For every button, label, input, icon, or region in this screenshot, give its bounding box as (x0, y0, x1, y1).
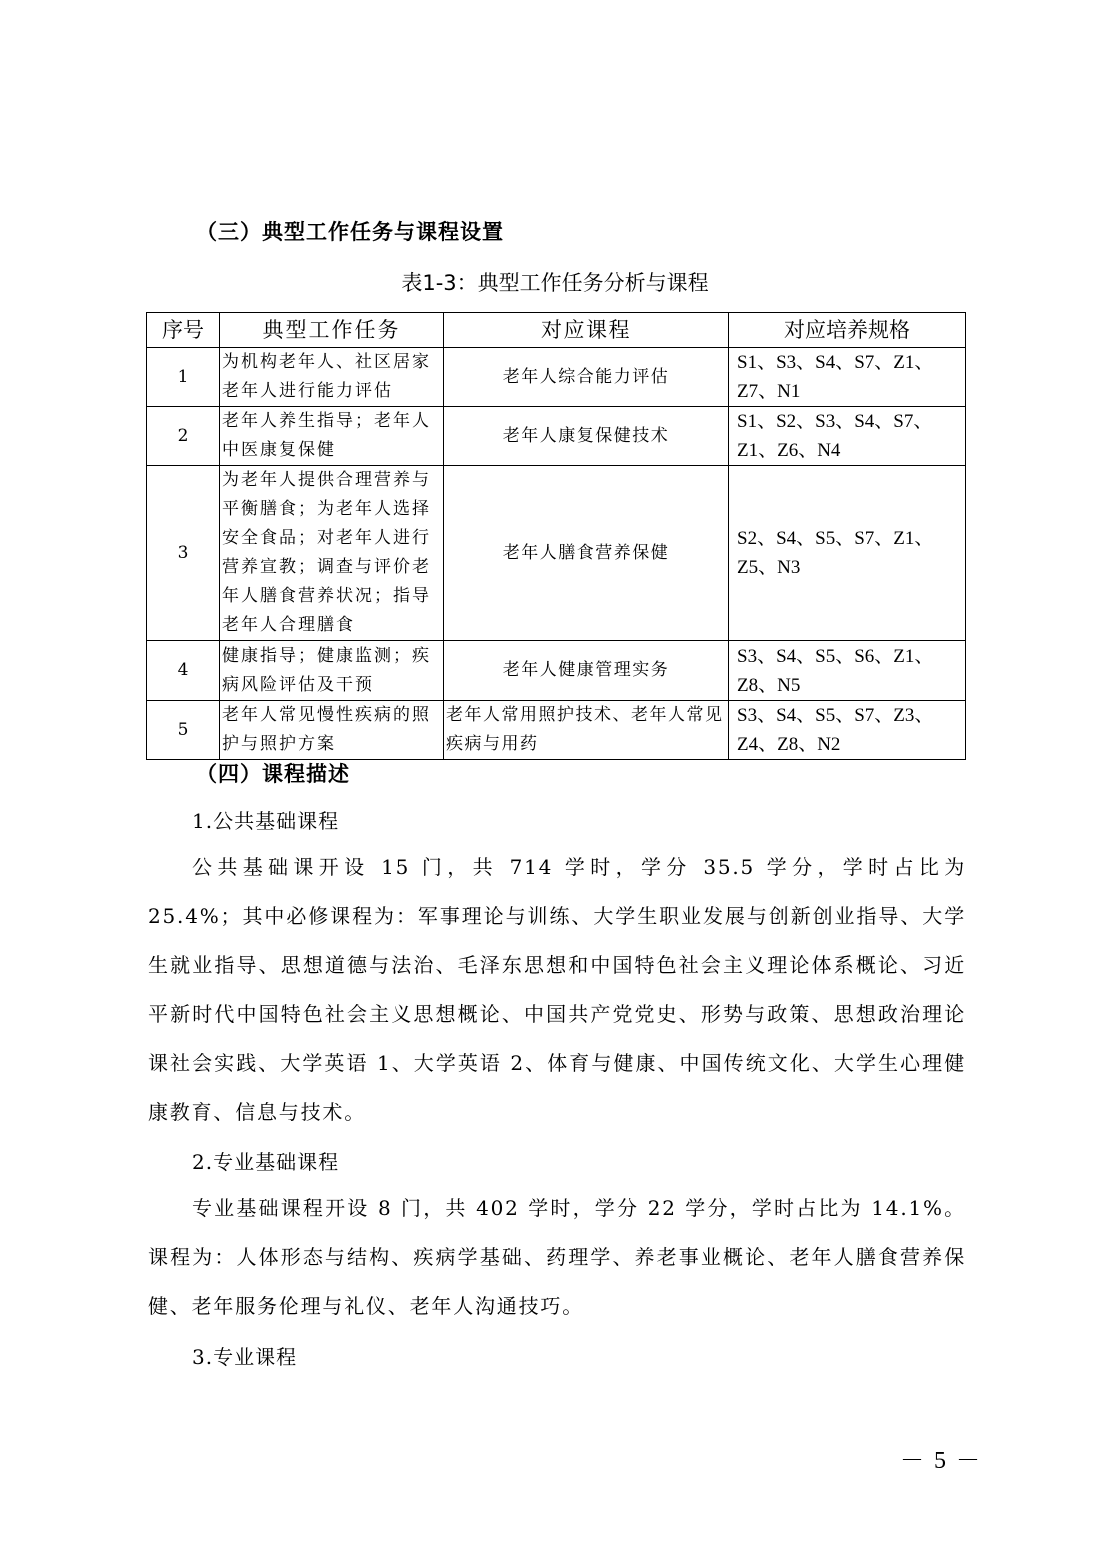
cell-spec: S1、S2、S3、S4、S7、Z1、Z6、N4 (729, 407, 966, 466)
table-header-row: 序号 典型工作任务 对应课程 对应培养规格 (147, 313, 966, 348)
cell-no: 4 (147, 641, 220, 701)
cell-task: 为机构老年人、社区居家老年人进行能力评估 (220, 348, 444, 407)
paragraph-public-basic: 公共基础课开设 15 门，共 714 学时，学分 35.5 学分，学时占比为 2… (148, 843, 966, 1137)
cell-spec: S3、S4、S5、S7、Z3、Z4、Z8、N2 (729, 701, 966, 760)
cell-no: 5 (147, 701, 220, 760)
cell-no: 1 (147, 348, 220, 407)
document-page: （三）典型工作任务与课程设置 表1-3：典型工作任务分析与课程 序号 典型工作任… (0, 0, 1102, 1559)
table-row: 2 老年人养生指导；老年人中医康复保健 老年人康复保健技术 S1、S2、S3、S… (147, 407, 966, 466)
section-heading-typical-tasks: （三）典型工作任务与课程设置 (196, 216, 504, 246)
cell-task: 老年人常见慢性疾病的照护与照护方案 (220, 701, 444, 760)
cell-no: 3 (147, 466, 220, 641)
table-row: 4 健康指导；健康监测；疾病风险评估及干预 老年人健康管理实务 S3、S4、S5… (147, 641, 966, 701)
subsection-title-professional-basic: 2.专业基础课程 (192, 1146, 339, 1175)
table-caption: 表1-3：典型工作任务分析与课程 (0, 267, 1102, 297)
header-spec: 对应培养规格 (729, 313, 966, 348)
cell-spec: S1、S3、S4、S7、Z1、Z7、N1 (729, 348, 966, 407)
table-row: 1 为机构老年人、社区居家老年人进行能力评估 老年人综合能力评估 S1、S3、S… (147, 348, 966, 407)
cell-course: 老年人康复保健技术 (444, 407, 729, 466)
table-row: 5 老年人常见慢性疾病的照护与照护方案 老年人常用照护技术、老年人常见疾病与用药… (147, 701, 966, 760)
paragraph-professional-basic: 专业基础课程开设 8 门，共 402 学时，学分 22 学分，学时占比为 14.… (148, 1184, 966, 1331)
section-heading-course-description: （四）课程描述 (196, 758, 350, 788)
header-course: 对应课程 (444, 313, 729, 348)
cell-no: 2 (147, 407, 220, 466)
header-task: 典型工作任务 (220, 313, 444, 348)
cell-course: 老年人膳食营养保健 (444, 466, 729, 641)
tasks-table: 序号 典型工作任务 对应课程 对应培养规格 1 为机构老年人、社区居家老年人进行… (146, 312, 966, 760)
page-number: －5－ (900, 1440, 990, 1475)
subsection-title-professional: 3.专业课程 (192, 1341, 297, 1370)
cell-course: 老年人常用照护技术、老年人常见疾病与用药 (444, 701, 729, 760)
cell-course: 老年人健康管理实务 (444, 641, 729, 701)
cell-spec: S2、S4、S5、S7、Z1、Z5、N3 (729, 466, 966, 641)
cell-task: 老年人养生指导；老年人中医康复保健 (220, 407, 444, 466)
cell-spec: S3、S4、S5、S6、Z1、Z8、N5 (729, 641, 966, 701)
cell-task: 健康指导；健康监测；疾病风险评估及干预 (220, 641, 444, 701)
cell-task: 为老年人提供合理营养与平衡膳食；为老年人选择安全食品；对老年人进行营养宣教；调查… (220, 466, 444, 641)
header-no: 序号 (147, 313, 220, 348)
table-row: 3 为老年人提供合理营养与平衡膳食；为老年人选择安全食品；对老年人进行营养宣教；… (147, 466, 966, 641)
subsection-title-public-basic: 1.公共基础课程 (192, 805, 339, 834)
cell-course: 老年人综合能力评估 (444, 348, 729, 407)
